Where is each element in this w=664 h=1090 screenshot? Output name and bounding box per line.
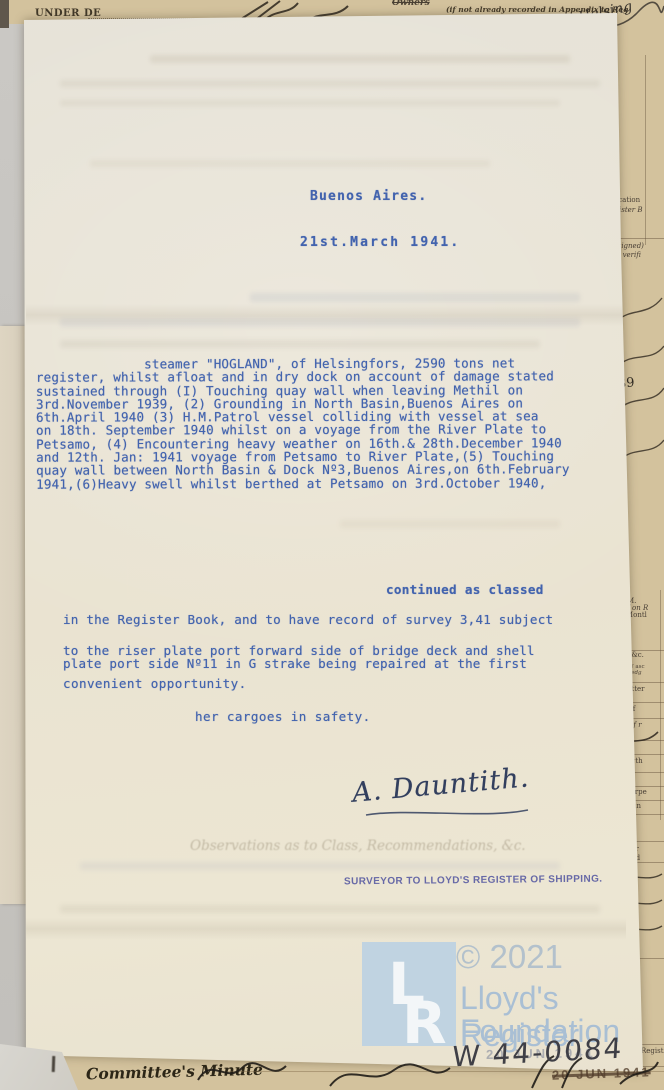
bleed-through [90, 160, 490, 167]
repair-conditions: to the riser plate port forward side of … [63, 644, 535, 671]
letter-page: Observations as to Class, Recommendation… [0, 0, 664, 1090]
edge-mark [52, 1056, 56, 1072]
bleed-through [60, 318, 580, 327]
ghost-heading-line: Observations as to Class, Recommendation… [190, 838, 526, 854]
bleed-through [60, 905, 600, 913]
paper-fold [26, 918, 626, 940]
signature-flourish [362, 806, 534, 820]
svg-text:R: R [402, 989, 447, 1046]
letter-paper: Observations as to Class, Recommendation… [0, 0, 664, 1090]
letter-body: steamer "HOGLAND", of Helsingfors, 2590 … [36, 356, 570, 490]
date-line: 21st.March 1941. [300, 235, 460, 250]
scanned-document: UNDER DE Owners (if not already recorded… [0, 0, 664, 1090]
surveyor-office-stamp: SURVEYOR TO LLOYD'S REGISTER OF SHIPPING… [344, 874, 603, 888]
continued-as-classed-line: continued as classed [386, 582, 544, 597]
bleed-through [60, 100, 560, 106]
convenient-opportunity-line: convenient opportunity. [63, 676, 247, 691]
place-line: Buenos Aires. [310, 189, 427, 204]
lloyds-register-logo: L R [362, 942, 456, 1046]
cargoes-line: her cargoes in safety. [195, 709, 371, 724]
copyright-text: © 2021 [456, 938, 563, 976]
bleed-through [60, 340, 540, 348]
register-book-line: in the Register Book, and to have record… [63, 612, 553, 627]
bleed-through [60, 80, 600, 87]
bleed-through [250, 293, 580, 302]
bleed-through [150, 55, 570, 63]
surveyor-signature: A. Dauntith. [351, 762, 531, 808]
bleed-through [340, 520, 560, 528]
bleed-through [80, 862, 560, 870]
